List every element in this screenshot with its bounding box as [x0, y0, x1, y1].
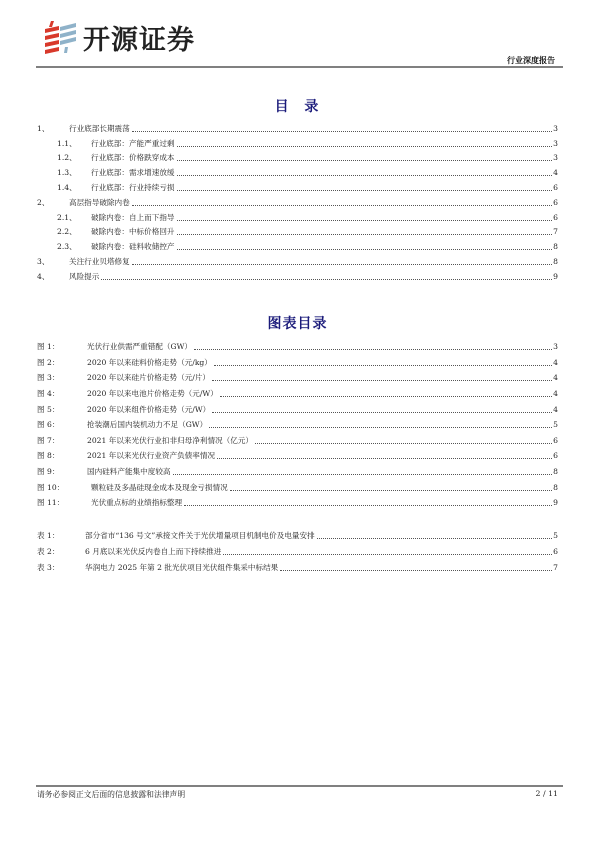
figure-page: 6 — [553, 436, 558, 445]
figure-page: 3 — [553, 342, 558, 351]
toc-entry-number: 1.4、 — [57, 182, 87, 193]
list-of-tables: 表 1：部分省市“136 号文”承接文件关于光伏增量项目机制电价及电量安排5 表… — [37, 527, 558, 575]
figure-title: 2021 年以来光伏行业扣非归母净利情况（亿元） — [83, 435, 253, 446]
figure-entry[interactable]: 图 4：2020 年以来电池片价格走势（元/W）4 — [37, 386, 558, 402]
logo-text: 开源证券 — [83, 18, 195, 57]
table-title: 华润电力 2025 年第 2 批光伏项目光伏组件集采中标结果 — [81, 562, 278, 573]
figure-number: 图 8： — [37, 450, 83, 461]
toc-entry-title: 关注行业贝塔修复 — [65, 256, 130, 267]
toc-entry-title: 行业底部长期震荡 — [65, 123, 130, 134]
toc-entry-number: 1、 — [37, 123, 65, 134]
table-entry[interactable]: 表 1：部分省市“136 号文”承接文件关于光伏增量项目机制电价及电量安排5 — [37, 527, 558, 543]
table-page: 5 — [553, 531, 558, 540]
leader-dots — [220, 396, 552, 397]
toc-entry-page: 6 — [553, 213, 558, 222]
toc-entry[interactable]: 4、风险提示9 — [37, 269, 558, 284]
toc-entry-title: 破除内卷：硅料收储控产 — [87, 241, 175, 252]
footer-divider — [36, 785, 563, 787]
figure-number: 图 5： — [37, 404, 83, 415]
toc-entry-page: 7 — [553, 227, 558, 236]
figure-entry[interactable]: 图 8：2021 年以来光伏行业资产负债率情况6 — [37, 448, 558, 464]
figure-entry[interactable]: 图 6：抢装潮后国内装机动力不足（GW）5 — [37, 417, 558, 433]
leader-dots — [217, 458, 552, 459]
toc-entry-title: 行业底部：价格跌穿成本 — [87, 152, 175, 163]
toc-entry-page: 3 — [553, 139, 558, 148]
figure-title: 2020 年以来硅料价格走势（元/kg） — [83, 357, 212, 368]
footer-disclaimer: 请务必参阅正文后面的信息披露和法律声明 — [37, 789, 185, 800]
figure-number: 图 6： — [37, 419, 83, 430]
toc-entry-title: 行业底部：行业持续亏损 — [87, 182, 175, 193]
toc-entry-page: 9 — [553, 272, 558, 281]
figure-page: 4 — [553, 389, 558, 398]
page-indicator: 2 / 11 — [536, 789, 558, 798]
table-number: 表 3： — [37, 562, 81, 573]
figure-title: 2021 年以来光伏行业资产负债率情况 — [83, 450, 215, 461]
figure-number: 图 11： — [37, 497, 87, 508]
figure-title: 颗粒硅及多晶硅现金成本及现金亏损情况 — [87, 482, 228, 493]
leader-dots — [177, 160, 552, 161]
list-of-figures: 图 1：光伏行业供需严重错配（GW）3 图 2：2020 年以来硅料价格走势（元… — [37, 339, 558, 511]
toc-entry-page: 6 — [553, 183, 558, 192]
toc-entry-number: 1.2、 — [57, 152, 87, 163]
figure-number: 图 1： — [37, 341, 83, 352]
figure-page: 9 — [553, 498, 558, 507]
toc-entry-title: 破除内卷：自上而下指导 — [87, 212, 175, 223]
logo-mark-icon — [43, 19, 77, 55]
figure-entry[interactable]: 图 2：2020 年以来硅料价格走势（元/kg）4 — [37, 355, 558, 371]
figures-list-title: 图表目录 — [0, 313, 595, 333]
figure-entry[interactable]: 图 10：颗粒硅及多晶硅现金成本及现金亏损情况8 — [37, 479, 558, 495]
figure-title: 2020 年以来组件价格走势（元/W） — [83, 404, 210, 415]
figure-number: 图 9： — [37, 466, 83, 477]
toc-entry-title: 破除内卷：中标价格回升 — [87, 226, 175, 237]
figure-page: 8 — [553, 483, 558, 492]
toc-entry-number: 2.3、 — [57, 241, 87, 252]
leader-dots — [209, 427, 552, 428]
leader-dots — [177, 190, 552, 191]
toc-entry[interactable]: 1.2、行业底部：价格跌穿成本3 — [37, 151, 558, 166]
figure-title: 2020 年以来硅片价格走势（元/片） — [83, 372, 210, 383]
figure-number: 图 10： — [37, 482, 87, 493]
figure-page: 4 — [553, 373, 558, 382]
toc-entry[interactable]: 2.3、破除内卷：硅料收储控产8 — [37, 239, 558, 254]
table-page: 6 — [553, 547, 558, 556]
leader-dots — [132, 131, 552, 132]
leader-dots — [230, 490, 552, 491]
toc-entry[interactable]: 1.4、行业底部：行业持续亏损6 — [37, 180, 558, 195]
toc-entry[interactable]: 2.1、破除内卷：自上而下指导6 — [37, 210, 558, 225]
toc-entry-number: 1.3、 — [57, 167, 87, 178]
toc-entry-page: 8 — [553, 242, 558, 251]
figure-entry[interactable]: 图 1：光伏行业供需严重错配（GW）3 — [37, 339, 558, 355]
figure-number: 图 2： — [37, 357, 83, 368]
figure-number: 图 4： — [37, 388, 83, 399]
leader-dots — [184, 505, 552, 506]
document-type-label: 行业深度报告 — [507, 55, 555, 66]
figure-page: 5 — [553, 420, 558, 429]
toc-entry-number: 4、 — [37, 271, 65, 282]
toc-entry-number: 1.1、 — [57, 138, 87, 149]
toc-entry-title: 行业底部：产能严重过剩 — [87, 138, 175, 149]
toc-entry-page: 3 — [553, 124, 558, 133]
toc-entry-number: 2.2、 — [57, 226, 87, 237]
figure-page: 4 — [553, 405, 558, 414]
figure-title: 2020 年以来电池片价格走势（元/W） — [83, 388, 218, 399]
leader-dots — [212, 380, 552, 381]
table-title: 部分省市“136 号文”承接文件关于光伏增量项目机制电价及电量安排 — [81, 530, 315, 541]
toc-entry[interactable]: 1、行业底部长期震荡3 — [37, 121, 558, 136]
figure-title: 国内硅料产能集中度较高 — [83, 466, 171, 477]
toc-entry-title: 高层指导破除内卷 — [65, 197, 130, 208]
toc-entry[interactable]: 2.2、破除内卷：中标价格回升7 — [37, 225, 558, 240]
figure-entry[interactable]: 图 9：国内硅料产能集中度较高8 — [37, 464, 558, 480]
figure-entry[interactable]: 图 5：2020 年以来组件价格走势（元/W）4 — [37, 401, 558, 417]
leader-dots — [223, 554, 552, 555]
figure-title: 光伏行业供需严重错配（GW） — [83, 341, 192, 352]
figure-page: 4 — [553, 358, 558, 367]
toc-entry[interactable]: 3、关注行业贝塔修复8 — [37, 254, 558, 269]
leader-dots — [177, 220, 552, 221]
leader-dots — [194, 349, 552, 350]
figure-entry[interactable]: 图 3：2020 年以来硅片价格走势（元/片）4 — [37, 370, 558, 386]
leader-dots — [177, 146, 552, 147]
leader-dots — [212, 412, 552, 413]
table-of-contents: 1、行业底部长期震荡3 1.1、行业底部：产能严重过剩3 1.2、行业底部：价格… — [37, 121, 558, 284]
leader-dots — [132, 205, 552, 206]
toc-entry-page: 4 — [553, 168, 558, 177]
leader-dots — [173, 474, 552, 475]
toc-entry-title: 行业底部：需求增速放缓 — [87, 167, 175, 178]
header-divider — [36, 66, 563, 68]
leader-dots — [317, 538, 552, 539]
table-number: 表 1： — [37, 530, 81, 541]
figure-title: 光伏重点标的业绩指标整理 — [87, 497, 182, 508]
figure-number: 图 7： — [37, 435, 83, 446]
toc-entry-number: 2.1、 — [57, 212, 87, 223]
table-title: 6 月底以来光伏反内卷自上而下持续推进 — [81, 546, 221, 557]
figure-title: 抢装潮后国内装机动力不足（GW） — [83, 419, 207, 430]
figure-page: 8 — [553, 467, 558, 476]
leader-dots — [177, 249, 552, 250]
toc-entry-page: 3 — [553, 153, 558, 162]
leader-dots — [255, 443, 552, 444]
table-entry[interactable]: 表 2：6 月底以来光伏反内卷自上而下持续推进6 — [37, 543, 558, 559]
leader-dots — [177, 234, 552, 235]
table-entry[interactable]: 表 3：华润电力 2025 年第 2 批光伏项目光伏组件集采中标结果7 — [37, 559, 558, 575]
table-number: 表 2： — [37, 546, 81, 557]
toc-entry-title: 风险提示 — [65, 271, 99, 282]
toc-entry-number: 3、 — [37, 256, 65, 267]
leader-dots — [132, 264, 552, 265]
brand-logo: 开源证券 — [43, 17, 195, 57]
figure-number: 图 3： — [37, 372, 83, 383]
figure-entry[interactable]: 图 11：光伏重点标的业绩指标整理9 — [37, 495, 558, 511]
table-page: 7 — [553, 563, 558, 572]
toc-entry[interactable]: 2、高层指导破除内卷6 — [37, 195, 558, 210]
figure-page: 6 — [553, 451, 558, 460]
toc-entry-number: 2、 — [37, 197, 65, 208]
leader-dots — [280, 570, 552, 571]
toc-entry[interactable]: 1.1、行业底部：产能严重过剩3 — [37, 136, 558, 151]
leader-dots — [101, 279, 552, 280]
toc-entry-page: 6 — [553, 198, 558, 207]
toc-entry-page: 8 — [553, 257, 558, 266]
toc-title: 目 录 — [0, 96, 595, 116]
leader-dots — [214, 365, 552, 366]
toc-entry[interactable]: 1.3、行业底部：需求增速放缓4 — [37, 165, 558, 180]
leader-dots — [177, 175, 552, 176]
figure-entry[interactable]: 图 7：2021 年以来光伏行业扣非归母净利情况（亿元）6 — [37, 433, 558, 449]
